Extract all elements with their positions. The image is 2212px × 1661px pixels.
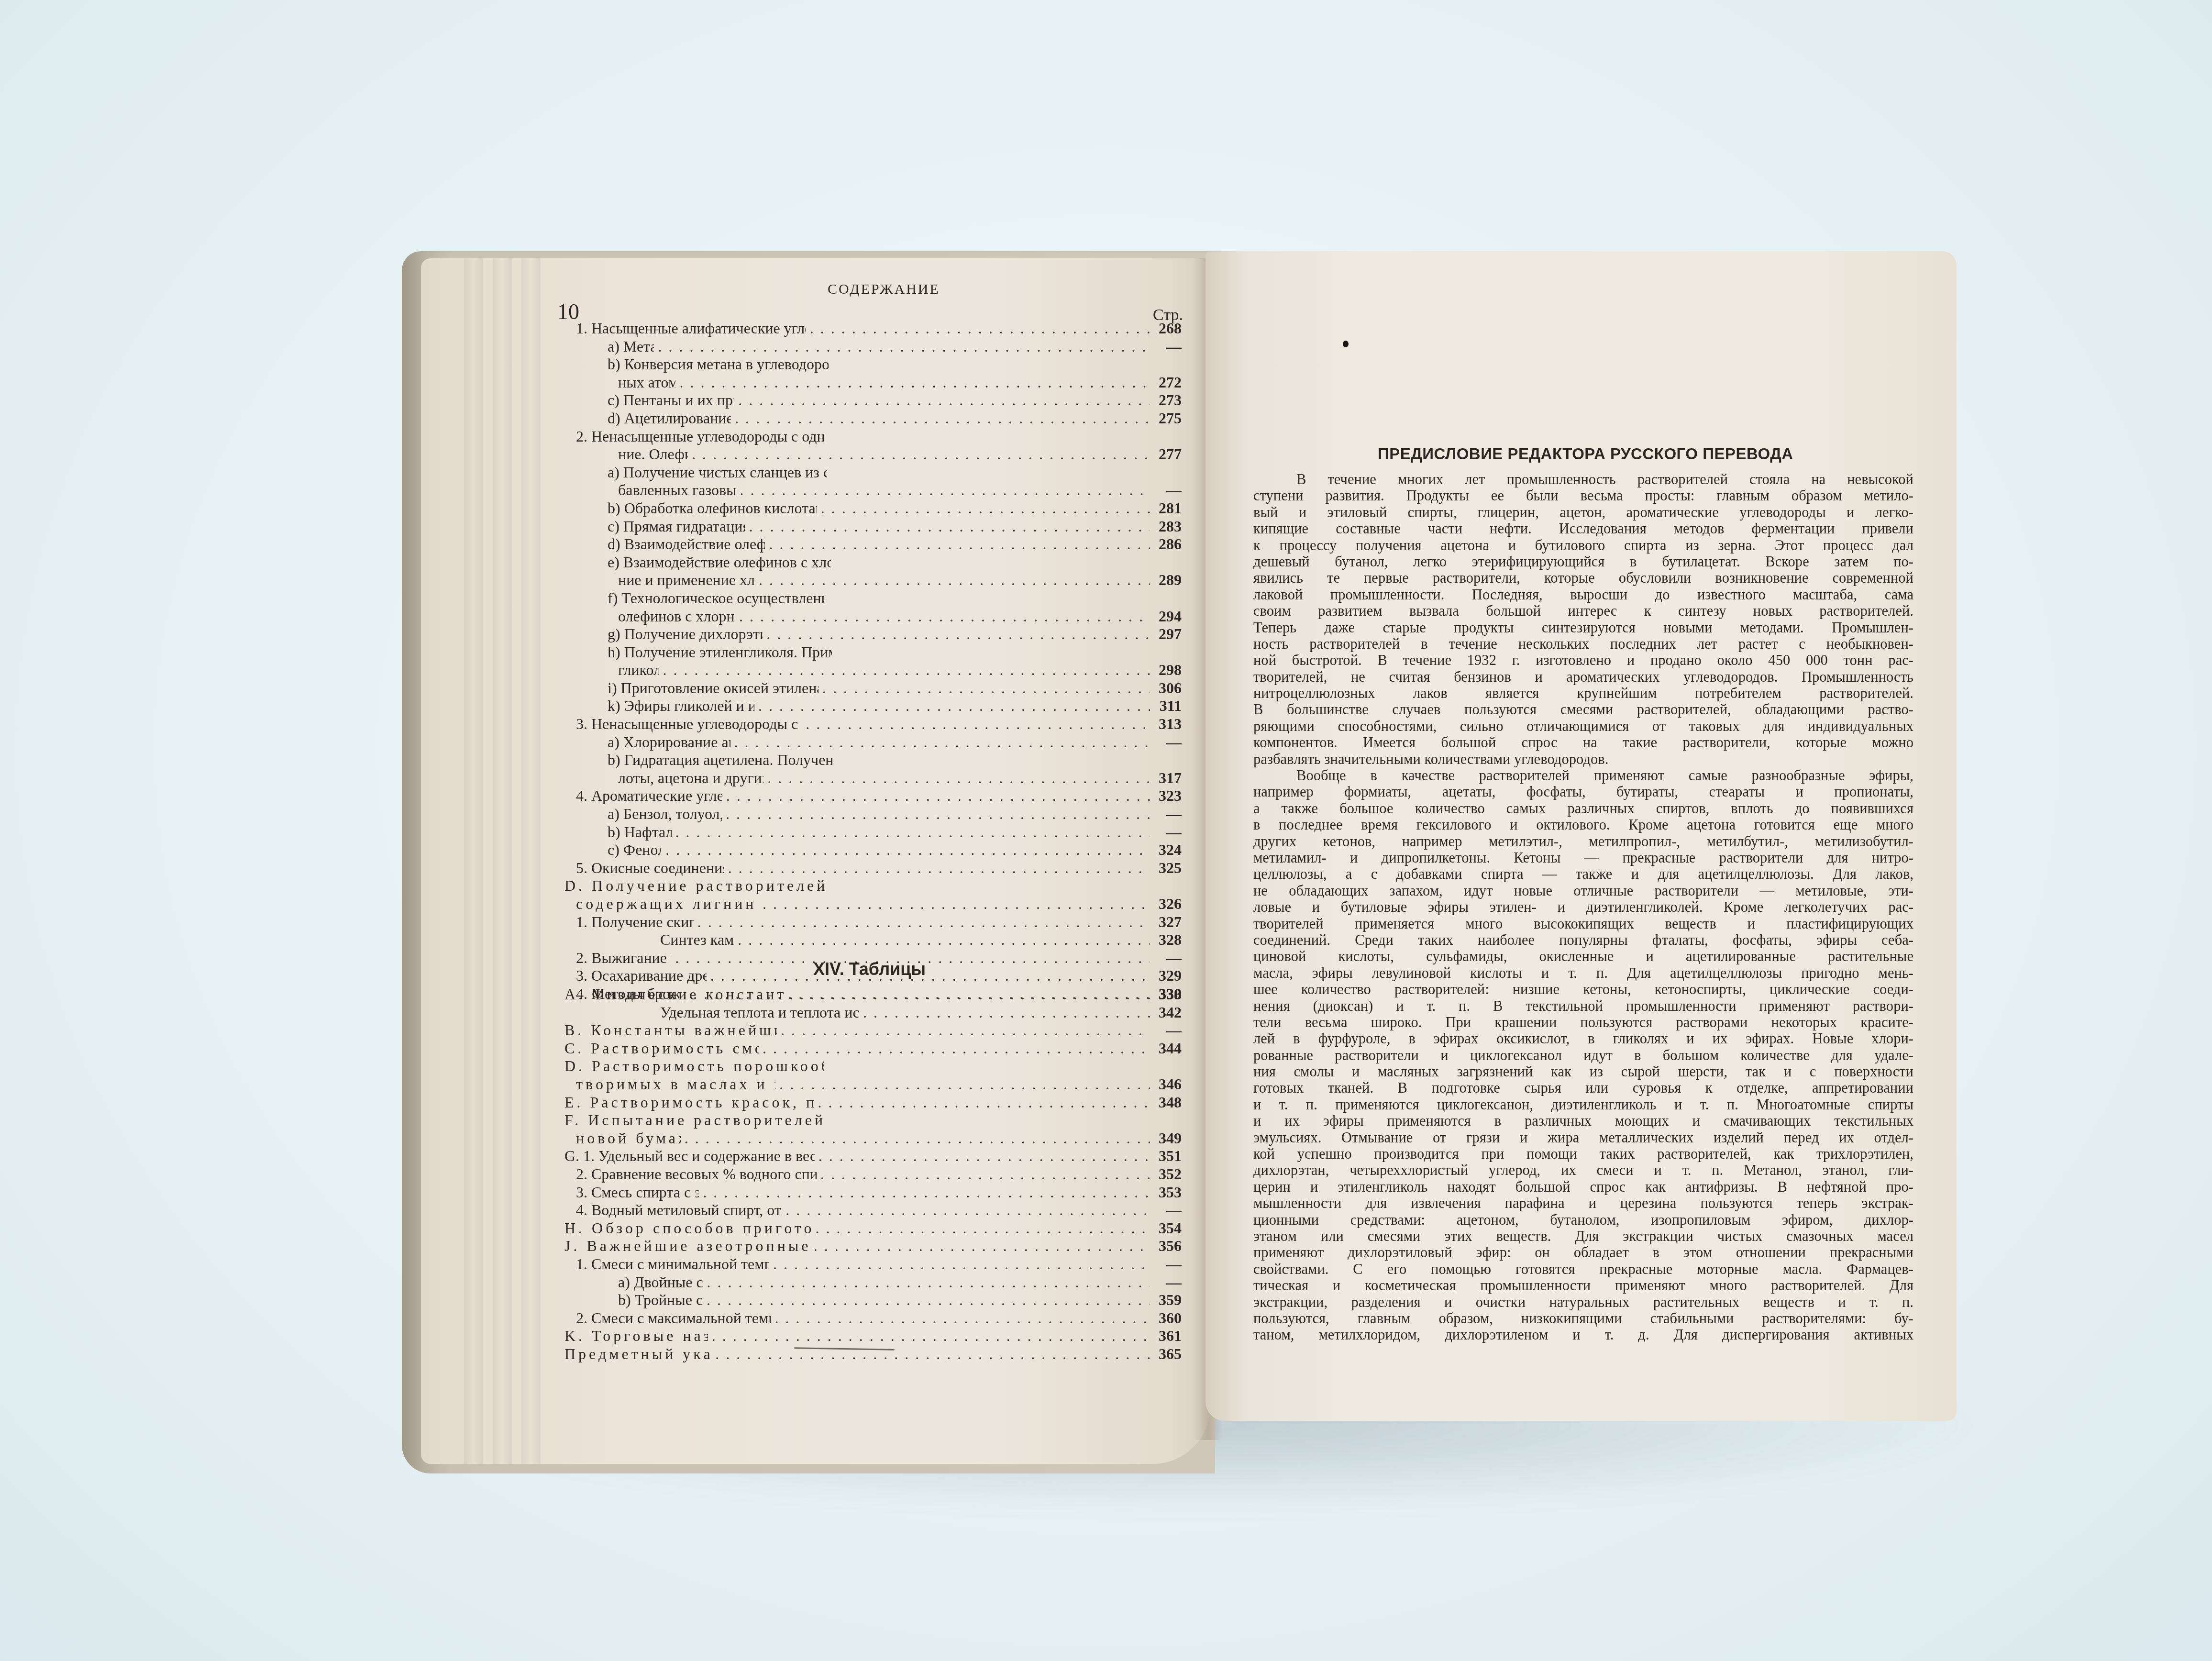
toc-entry[interactable]: ние. Олефины............................… xyxy=(564,445,1182,464)
toc-entry[interactable]: Синтез камфоры..........................… xyxy=(564,931,1182,949)
dot-leader: ........................................… xyxy=(814,1094,1150,1112)
toc-entry-title: D. Получение растворителей из естественн… xyxy=(564,877,834,895)
toc-entry-title: B. Константы важнейших смягчителей xyxy=(564,1021,777,1040)
toc-entry[interactable]: d) Ацетилирование спиртов...............… xyxy=(564,410,1182,428)
running-header: СОДЕРЖАНИЕ xyxy=(828,281,940,298)
dot-leader: ........................................… xyxy=(708,1327,1150,1345)
preface-line: своим развитием вызвала большой интерес … xyxy=(1253,603,1913,619)
preface-line: кипящие составные части нефти. Исследова… xyxy=(1253,520,1913,537)
preface-line: В большинстве случаев пользуются смесями… xyxy=(1253,701,1913,718)
toc-entry-title: K. Торговые названия xyxy=(564,1327,708,1345)
toc-entry-title: c) Фенолы xyxy=(608,841,662,859)
toc-entry[interactable]: a) Получение чистых сланцев из спиртов и… xyxy=(564,464,1182,482)
toc-entry[interactable]: 1. Получение скипидара..................… xyxy=(564,913,1182,931)
preface-line: этаном или смесями этих веществ. Для экс… xyxy=(1253,1228,1913,1244)
toc-entry-title: лоты, ацетона и других соединений xyxy=(618,769,763,787)
toc-entry-title: 2. Ненасыщенные углеводороды с одной дво… xyxy=(576,428,824,446)
preface-line: творителей, не считая бензинов и аромати… xyxy=(1253,669,1913,685)
toc-entry-title: 3. Ненасыщенные углеводороды с тройной с… xyxy=(576,715,802,733)
toc-entry[interactable]: олефинов с хлорной водой................… xyxy=(564,608,1182,626)
dot-leader: ........................................… xyxy=(759,1040,1150,1058)
preface-line: ционными средствами: ацетоном, бутанолом… xyxy=(1253,1212,1913,1228)
toc-entry-page: 324 xyxy=(1150,841,1182,859)
preface-line: творителей применяется много высококипящ… xyxy=(1253,916,1913,932)
dot-leader: ........................................… xyxy=(754,697,1150,715)
toc-entry-title: a) Хлорирование ацетилена xyxy=(608,733,730,752)
toc-entry-title: Предметный указатель xyxy=(564,1345,711,1363)
toc-entry[interactable]: a) Метан................................… xyxy=(564,338,1182,356)
preface-line: таном, метилхлоридом, дихлорэтиленом и т… xyxy=(1253,1327,1913,1343)
preface-line: Теперь даже старые продукты синтезируютс… xyxy=(1253,620,1913,636)
toc-entry-title: J. Важнейшие азеотропные смеси растворит… xyxy=(564,1237,810,1255)
dot-leader: ........................................… xyxy=(810,1237,1150,1255)
toc-entry-title: a) Бензол, толуол, ксилол xyxy=(608,805,722,823)
toc-entry-title: 2. Сравнение весовых % водного спирта с … xyxy=(576,1165,817,1184)
preface-line: явились те первые растворители, которые … xyxy=(1253,570,1913,586)
toc-entry-page: 311 xyxy=(1150,697,1182,715)
dot-leader: ........................................… xyxy=(703,1273,1150,1292)
preface-line: ния смолы и масляных загрязнений как из … xyxy=(1253,1063,1913,1080)
dot-leader: ........................................… xyxy=(672,823,1150,842)
preface-body: В течение многих лет промышленность раст… xyxy=(1253,471,1913,1343)
preface-line: нитроцеллюлозных лаков является крупнейш… xyxy=(1253,685,1913,701)
toc-entry-title: i) Приготовление окисей этилена и других… xyxy=(608,679,818,698)
dot-leader: ........................................… xyxy=(731,410,1150,428)
toc-entry-title: ных атомов xyxy=(618,374,675,392)
page-stack-fold xyxy=(493,258,512,1464)
toc-entry-page: 313 xyxy=(1150,715,1182,733)
toc-entry[interactable]: B. Константы важнейших смягчителей......… xyxy=(564,1021,1182,1040)
toc-entry[interactable]: творимых в маслах и жирах (Sudan).......… xyxy=(564,1075,1182,1094)
preface-line: метиламил- и дипропилкетоны. Кетоны — пр… xyxy=(1253,850,1913,866)
preface-line: в последнее время гексилового и октилово… xyxy=(1253,817,1913,833)
toc-entry-title: 1. Получение скипидара xyxy=(576,913,694,931)
preface-line: вый и этиловый спирты, глицерин, ацетон,… xyxy=(1253,504,1913,520)
preface-line: циновой кислоты, сульфамиды, окисленные … xyxy=(1253,948,1913,964)
preface-line: компонентов. Имеется большой спрос на та… xyxy=(1253,734,1913,751)
toc-entry-page: 289 xyxy=(1150,571,1182,589)
preface-line: эмульсиях. Отмывание от грязи и жира мет… xyxy=(1253,1129,1913,1146)
toc-entry-title: a) Метан xyxy=(608,338,654,356)
toc-entry[interactable]: b) Конверсия метана в углеводороды с бол… xyxy=(564,355,1182,374)
dot-leader: ........................................… xyxy=(681,1129,1150,1148)
toc-entry-page: 346 xyxy=(1150,1075,1182,1094)
preface-line: церин и этиленгликоль находят большой сп… xyxy=(1253,1179,1913,1195)
toc-entry[interactable]: H. Обзор способов приготовления раствори… xyxy=(564,1219,1182,1238)
dot-leader: ........................................… xyxy=(818,679,1150,698)
preface-line: готовых тканей. В подготовке сырья или с… xyxy=(1253,1080,1913,1096)
toc-entry[interactable]: C. Растворимость смол и каучука.........… xyxy=(564,1040,1182,1058)
toc-entry[interactable]: a) Хлорирование ацетилена...............… xyxy=(564,733,1182,752)
toc-entry[interactable]: E. Растворимость красок, применяемых для… xyxy=(564,1094,1182,1112)
toc-entry-page: 268 xyxy=(1150,320,1182,338)
toc-entry-title: ние. Олефины xyxy=(618,445,688,464)
toc-entry[interactable]: g) Получение дихлорэтилового эфира......… xyxy=(564,625,1182,643)
toc-entry-page: 272 xyxy=(1150,374,1182,392)
dot-leader: ........................................… xyxy=(734,391,1150,410)
section-heading: XIV. Таблицы xyxy=(813,959,926,979)
toc-entry-title: g) Получение дихлорэтилового эфира xyxy=(608,625,763,643)
dot-leader: ........................................… xyxy=(775,1075,1150,1094)
toc-entry-page: — xyxy=(1150,1021,1182,1040)
toc-entry-title: 1. Смеси с минимальной температурой кипе… xyxy=(576,1255,769,1273)
preface-line: и их эфиры применяются в различных моющи… xyxy=(1253,1113,1913,1129)
dot-leader: ........................................… xyxy=(777,1021,1150,1040)
toc-entry[interactable]: ных атомов..............................… xyxy=(564,374,1182,392)
toc-entry[interactable]: A. Физические константы растворителей...… xyxy=(564,986,1182,1004)
toc-entry-page: 327 xyxy=(1150,913,1182,931)
dot-leader: ........................................… xyxy=(765,535,1150,554)
preface-line: лей в фурфуроле, в эфирах оксикислот, в … xyxy=(1253,1030,1913,1047)
toc-entry[interactable]: лоты, ацетона и других соединений.......… xyxy=(564,769,1182,787)
toc-entry-title: c) Пентаны и их применение xyxy=(608,391,734,410)
toc-entry[interactable]: c) Фенолы...............................… xyxy=(564,841,1182,859)
preface-line: нения (диоксан) и т. п. В текстильной пр… xyxy=(1253,998,1913,1014)
toc-entry[interactable]: 5. Окисные соединения углерода..........… xyxy=(564,859,1182,877)
toc-entry-title: b) Нафталин xyxy=(608,823,672,842)
dot-leader: ........................................… xyxy=(763,769,1150,787)
dot-leader: ........................................… xyxy=(859,1004,1150,1022)
toc-entry-title: f) Технологическое осуществление реакции… xyxy=(608,589,824,608)
dot-leader: ........................................… xyxy=(722,805,1150,823)
toc-entry-page: 294 xyxy=(1150,608,1182,626)
toc-entry-title: 5. Окисные соединения углерода xyxy=(576,859,724,877)
preface-line: целлюлозы, а с добавками спирта — также … xyxy=(1253,866,1913,882)
toc-entry-page: 297 xyxy=(1150,625,1182,643)
toc-entry[interactable]: G. 1. Удельный вес и содержание в весовы… xyxy=(564,1147,1182,1165)
toc-entry[interactable]: 3. Смесь спирта с эфиром................… xyxy=(564,1184,1182,1202)
dot-leader: ........................................… xyxy=(769,1255,1150,1273)
dot-leader: ........................................… xyxy=(659,661,1150,679)
toc-entry-title: Синтез камфоры xyxy=(660,931,734,949)
toc-entry-page: — xyxy=(1150,949,1182,967)
ink-spot xyxy=(1343,341,1349,347)
dot-leader: ........................................… xyxy=(722,787,1150,805)
toc-entry-page: 365 xyxy=(1150,1345,1182,1363)
dot-leader: ........................................… xyxy=(802,715,1150,733)
preface-line: соединений. Среди таких наиболее популяр… xyxy=(1253,932,1913,948)
page-stack-fold xyxy=(521,258,541,1464)
page-stack-fold xyxy=(464,258,483,1464)
toc-entry-title: h) Получение этиленгликоля. Применение е… xyxy=(608,643,832,662)
toc-entry-page: 328 xyxy=(1150,931,1182,949)
preface-line: не обладающих запахом, идут новые отличн… xyxy=(1253,883,1913,899)
toc-entry[interactable]: c) Прямая гидратация олефинов...........… xyxy=(564,518,1182,536)
preface-line: тическая и косметическая промышленности … xyxy=(1253,1277,1913,1294)
toc-entry-page: 356 xyxy=(1150,1237,1182,1255)
preface-title: ПРЕДИСЛОВИЕ РЕДАКТОРА РУССКОГО ПЕРЕВОДА xyxy=(1378,445,1793,463)
dot-leader: ........................................… xyxy=(703,1291,1150,1309)
toc-entry-page: — xyxy=(1150,1201,1182,1219)
toc-entry[interactable]: Предметный указатель....................… xyxy=(564,1345,1182,1363)
toc-entry-title: новой бумажки xyxy=(576,1129,681,1148)
toc-entry-page: 323 xyxy=(1150,787,1182,805)
toc-entry[interactable]: новой бумажки...........................… xyxy=(564,1129,1182,1148)
toc-entry-page: 326 xyxy=(1150,895,1182,913)
preface-line: лаковой промышленности. Последняя, вырос… xyxy=(1253,587,1913,603)
toc-entry-title: a) Двойные смеси xyxy=(618,1273,703,1292)
toc-entry[interactable]: Удельная теплота и теплота испарения нек… xyxy=(564,1004,1182,1022)
toc-entry-page: 283 xyxy=(1150,518,1182,536)
preface-line: Вообще в качестве растворителей применяю… xyxy=(1253,767,1913,784)
toc-entry[interactable]: c) Пентаны и их применение..............… xyxy=(564,391,1182,410)
toc-entry-title: ние и применение хлоргидринов xyxy=(618,571,755,589)
toc-entry[interactable]: 4. Ароматические углеводороды...........… xyxy=(564,787,1182,805)
dot-leader: ........................................… xyxy=(811,1219,1150,1238)
toc-entry[interactable]: d) Взаимодействие олефинов с хлором.....… xyxy=(564,535,1182,554)
preface-line: других кетонов, например метилэтил-, мет… xyxy=(1253,833,1913,850)
toc-entry[interactable]: b) Нафталин.............................… xyxy=(564,823,1182,842)
dot-leader: ........................................… xyxy=(806,320,1150,338)
dot-leader: ........................................… xyxy=(782,1201,1150,1219)
toc-entry-page: 338 xyxy=(1150,986,1182,1004)
toc-entry-title: b) Гидратация ацетилена. Получение ацета… xyxy=(608,751,832,769)
toc-entry-title: содержащих лигнин и углеводы xyxy=(576,895,759,913)
toc-entry[interactable]: a) Бензол, толуол, ксилол...............… xyxy=(564,805,1182,823)
toc-entry-title: c) Прямая гидратация олефинов xyxy=(608,518,745,536)
toc-entry-page: 353 xyxy=(1150,1184,1182,1202)
preface-line: дихлорэтан, четыреххлористый углерод, их… xyxy=(1253,1162,1913,1178)
toc-entry-page: 360 xyxy=(1150,1309,1182,1328)
dot-leader: ........................................… xyxy=(734,931,1150,949)
dot-leader: ........................................… xyxy=(675,374,1150,392)
preface-line: разбавлять значительными количествами уг… xyxy=(1253,751,1913,767)
dot-leader: ........................................… xyxy=(735,608,1150,626)
toc-entry-page: 281 xyxy=(1150,499,1182,518)
toc-entry[interactable]: a) Двойные смеси........................… xyxy=(564,1273,1182,1292)
toc-entry-title: F. Испытание растворителей при помощи др… xyxy=(564,1111,829,1129)
toc-entry-page: 354 xyxy=(1150,1219,1182,1238)
toc-entry-title: E. Растворимость красок, применяемых для… xyxy=(564,1094,814,1112)
preface-line: пользуются, главным образом, низкокипящи… xyxy=(1253,1310,1913,1327)
toc-entry-page: 329 xyxy=(1150,967,1182,985)
toc-entry-page: — xyxy=(1150,1273,1182,1292)
dot-leader: ........................................… xyxy=(654,338,1150,356)
toc-entry-title: d) Ацетилирование спиртов xyxy=(608,410,731,428)
toc-entry-title: b) Конверсия метана в углеводороды с бол… xyxy=(608,355,829,374)
preface-line: ряющими способностями, сильно отличающим… xyxy=(1253,718,1913,734)
toc-entry-page: — xyxy=(1150,733,1182,752)
toc-entry[interactable]: k) Эфиры гликолей и их получение........… xyxy=(564,697,1182,715)
toc-entry[interactable]: гликоли.................................… xyxy=(564,661,1182,679)
dot-leader: ........................................… xyxy=(707,967,1150,985)
toc-entry-page: 359 xyxy=(1150,1291,1182,1309)
preface-line: кой успешно производится при помощи таки… xyxy=(1253,1146,1913,1162)
toc-entry-title: 3. Смесь спирта с эфиром xyxy=(576,1184,699,1202)
dot-leader: ........................................… xyxy=(815,1147,1150,1165)
dot-leader: ........................................… xyxy=(785,986,1150,1004)
toc-entry-page: 317 xyxy=(1150,769,1182,787)
toc-entry-title: 1. Насыщенные алифатические углеводороды… xyxy=(576,320,806,338)
preface-line: экстракции, разделения и очистки натурал… xyxy=(1253,1294,1913,1310)
toc-entry[interactable]: бавленных газовых смесей................… xyxy=(564,481,1182,499)
dot-leader: ........................................… xyxy=(724,859,1150,877)
toc-entry-title: C. Растворимость смол и каучука xyxy=(564,1040,759,1058)
toc-entry-page: — xyxy=(1150,823,1182,842)
toc-entry-page: 306 xyxy=(1150,679,1182,698)
toc-entry-page: 277 xyxy=(1150,445,1182,464)
toc-entry-page: — xyxy=(1150,481,1182,499)
preface-line: а также большое количество самых различн… xyxy=(1253,800,1913,817)
toc-entry[interactable]: b) Гидратация ацетилена. Получение ацета… xyxy=(564,751,1182,769)
dot-leader: ........................................… xyxy=(694,913,1150,931)
toc-entry[interactable]: f) Технологическое осуществление реакции… xyxy=(564,589,1182,608)
dot-leader: ........................................… xyxy=(755,571,1150,589)
toc-entry-page: 361 xyxy=(1150,1327,1182,1345)
preface-line: дешевый бутанол, легко этерифицирующийся… xyxy=(1253,554,1913,570)
toc-entry[interactable]: b) Тройные смеси........................… xyxy=(564,1291,1182,1309)
preface-line: к процессу получения ацетона и бутиловог… xyxy=(1253,537,1913,554)
toc-entry[interactable]: b) Обработка олефинов кислотами. Пригото… xyxy=(564,499,1182,518)
toc-entry-page: — xyxy=(1150,1255,1182,1273)
toc-entry-page: 275 xyxy=(1150,410,1182,428)
dot-leader: ........................................… xyxy=(662,841,1150,859)
toc-entry[interactable]: J. Важнейшие азеотропные смеси растворит… xyxy=(564,1237,1182,1255)
dot-leader: ........................................… xyxy=(817,1165,1150,1184)
toc-entry[interactable]: 1. Насыщенные алифатические углеводороды… xyxy=(564,320,1182,338)
toc-entry-title: 3. Осахаривание древесины xyxy=(576,967,707,985)
toc-entry-title: H. Обзор способов приготовления раствори… xyxy=(564,1219,811,1238)
preface-line: мышленности для извлечения парафина и це… xyxy=(1253,1195,1913,1211)
toc-entry-page: 286 xyxy=(1150,535,1182,554)
toc-entry-title: G. 1. Удельный вес и содержание в весовы… xyxy=(564,1147,815,1165)
toc-entry-page: 344 xyxy=(1150,1040,1182,1058)
toc-entry-title: d) Взаимодействие олефинов с хлором xyxy=(608,535,765,554)
toc-entry[interactable]: F. Испытание растворителей при помощи др… xyxy=(564,1111,1182,1129)
dot-leader: ........................................… xyxy=(688,445,1150,464)
preface-line: ность растворителей в течение нескольких… xyxy=(1253,636,1913,652)
toc-entry-page: 352 xyxy=(1150,1165,1182,1184)
toc-entry-title: 4. Водный метиловый спирт, отнесенный к … xyxy=(576,1201,782,1219)
toc-entry-page: 348 xyxy=(1150,1094,1182,1112)
toc-entry-title: олефинов с хлорной водой xyxy=(618,608,735,626)
preface-line: применяют дихлорэтиловый эфир: он облада… xyxy=(1253,1244,1913,1261)
toc-entry-title: 2. Смеси с максимальной температурой кип… xyxy=(576,1309,771,1328)
toc-entry-page: 349 xyxy=(1150,1129,1182,1148)
toc-entry[interactable]: D. Получение растворителей из естественн… xyxy=(564,877,1182,895)
toc-entry-title: a) Получение чистых сланцев из спиртов и… xyxy=(608,464,827,482)
preface-line: ловые и бутиловые эфиры этилен- и диэтил… xyxy=(1253,899,1913,915)
toc-entry-title: бавленных газовых смесей xyxy=(618,481,736,499)
dot-leader: ........................................… xyxy=(745,518,1150,536)
preface-line: ной быстротой. В течение 1932 г. изготов… xyxy=(1253,652,1913,668)
dot-leader: ........................................… xyxy=(763,625,1150,643)
toc-entry-page: — xyxy=(1150,805,1182,823)
toc-entry-title: D. Растворимость порошкообразных красите… xyxy=(564,1057,824,1075)
tables-contents: A. Физические константы растворителей...… xyxy=(564,986,1182,1363)
toc-entry[interactable]: 2. Ненасыщенные углеводороды с одной дво… xyxy=(564,428,1182,446)
dot-leader: ........................................… xyxy=(771,1309,1150,1328)
toc-entry-title: b) Обработка олефинов кислотами. Пригото… xyxy=(608,499,817,518)
toc-entry[interactable]: 2. Сравнение весовых % водного спирта с … xyxy=(564,1165,1182,1184)
toc-entry-page: 298 xyxy=(1150,661,1182,679)
preface-line: масла, эфиры левулиновой кислоты и т. п.… xyxy=(1253,965,1913,981)
toc-entry[interactable]: i) Приготовление окисей этилена и других… xyxy=(564,679,1182,698)
dot-leader: ........................................… xyxy=(759,895,1150,913)
dot-leader: ........................................… xyxy=(817,499,1150,518)
toc-entry[interactable]: 4. Водный метиловый спирт, отнесенный к … xyxy=(564,1201,1182,1219)
preface-line: рованные растворители и циклогексанол ид… xyxy=(1253,1047,1913,1063)
toc-entry-title: 2. Выжигание угля xyxy=(576,949,671,967)
dot-leader: ........................................… xyxy=(730,733,1150,752)
dot-leader: ........................................… xyxy=(699,1184,1150,1202)
toc-entry[interactable]: K. Торговые названия....................… xyxy=(564,1327,1182,1345)
toc-entry-title: b) Тройные смеси xyxy=(618,1291,703,1309)
toc-entry[interactable]: содержащих лигнин и углеводы............… xyxy=(564,895,1182,913)
toc-entry-title: k) Эфиры гликолей и их получение xyxy=(608,697,754,715)
toc-entry-title: творимых в маслах и жирах (Sudan) xyxy=(576,1075,775,1094)
toc-entry[interactable]: e) Взаимодействие олефинов с хлорноватис… xyxy=(564,554,1182,572)
table-of-contents: 1. Насыщенные алифатические углеводороды… xyxy=(564,320,1182,1003)
toc-entry[interactable]: 3. Ненасыщенные углеводороды с тройной с… xyxy=(564,715,1182,733)
toc-entry-page: 342 xyxy=(1150,1004,1182,1022)
toc-entry-title: e) Взаимодействие олефинов с хлорноватис… xyxy=(608,554,831,572)
preface-line: и т. п. применяются циклогексанон, диэти… xyxy=(1253,1096,1913,1113)
toc-entry-page: 351 xyxy=(1150,1147,1182,1165)
toc-entry[interactable]: 2. Смеси с максимальной температурой кип… xyxy=(564,1309,1182,1328)
toc-entry[interactable]: h) Получение этиленгликоля. Применение е… xyxy=(564,643,1182,662)
preface-line: В течение многих лет промышленность раст… xyxy=(1253,471,1913,487)
toc-entry-page: — xyxy=(1150,338,1182,356)
preface-line: например формиаты, ацетаты, фосфаты, бут… xyxy=(1253,784,1913,800)
dot-leader: ........................................… xyxy=(736,481,1150,499)
toc-entry-title: 4. Ароматические углеводороды xyxy=(576,787,722,805)
toc-entry-page: 273 xyxy=(1150,391,1182,410)
toc-entry-title: гликоли xyxy=(618,661,659,679)
preface-line: свойствами. С его помощью готовятся прек… xyxy=(1253,1261,1913,1277)
preface-line: шее количество растворителей: низшие кет… xyxy=(1253,981,1913,997)
preface-line: тели весьма широко. При крашении пользую… xyxy=(1253,1014,1913,1030)
toc-entry[interactable]: 1. Смеси с минимальной температурой кипе… xyxy=(564,1255,1182,1273)
toc-entry[interactable]: D. Растворимость порошкообразных красите… xyxy=(564,1057,1182,1075)
dot-leader: ........................................… xyxy=(711,1345,1150,1363)
toc-entry[interactable]: ние и применение хлоргидринов...........… xyxy=(564,571,1182,589)
toc-entry-title: Удельная теплота и теплота испарения нек… xyxy=(660,1004,859,1022)
preface-line: ступени развития. Продукты ее были весьм… xyxy=(1253,487,1913,504)
toc-entry-page: 325 xyxy=(1150,859,1182,877)
toc-entry-title: A. Физические константы растворителей xyxy=(564,986,785,1004)
